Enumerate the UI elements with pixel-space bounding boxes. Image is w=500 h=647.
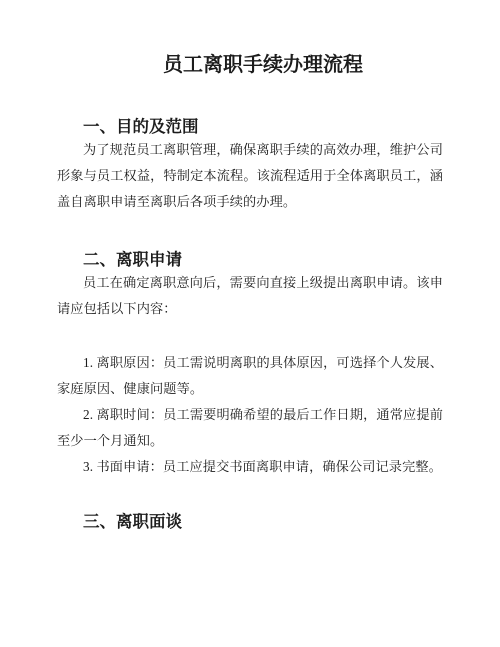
list-item-written-application: 3. 书面申请：员工应提交书面离职申请，确保公司记录完整。 (57, 454, 443, 480)
section-3-heading: 三、离职面谈 (57, 511, 443, 532)
list-item-resignation-reason: 1. 离职原因：员工需说明离职的具体原因，可选择个人发展、家庭原因、健康问题等。 (57, 350, 443, 402)
application-content-list: 1. 离职原因：员工需说明离职的具体原因，可选择个人发展、家庭原因、健康问题等。… (57, 350, 443, 480)
section-2-paragraph: 员工在确定离职意向后，需要向直接上级提出离职申请。该申请应包括以下内容： (57, 270, 443, 322)
document-title: 员工离职手续办理流程 (57, 50, 443, 80)
section-resignation-application: 二、离职申请 员工在确定离职意向后，需要向直接上级提出离职申请。该申请应包括以下… (57, 249, 443, 480)
list-item-resignation-date: 2. 离职时间：员工需要明确希望的最后工作日期，通常应提前至少一个月通知。 (57, 402, 443, 454)
section-exit-interview: 三、离职面谈 (57, 511, 443, 532)
section-purpose-scope: 一、目的及范围 为了规范员工离职管理，确保离职手续的高效办理，维护公司形象与员工… (57, 116, 443, 215)
section-1-paragraph: 为了规范员工离职管理，确保离职手续的高效办理，维护公司形象与员工权益，特制定本流… (57, 137, 443, 215)
document-page: 员工离职手续办理流程 一、目的及范围 为了规范员工离职管理，确保离职手续的高效办… (0, 0, 500, 647)
section-2-heading: 二、离职申请 (57, 249, 443, 270)
section-1-heading: 一、目的及范围 (57, 116, 443, 137)
